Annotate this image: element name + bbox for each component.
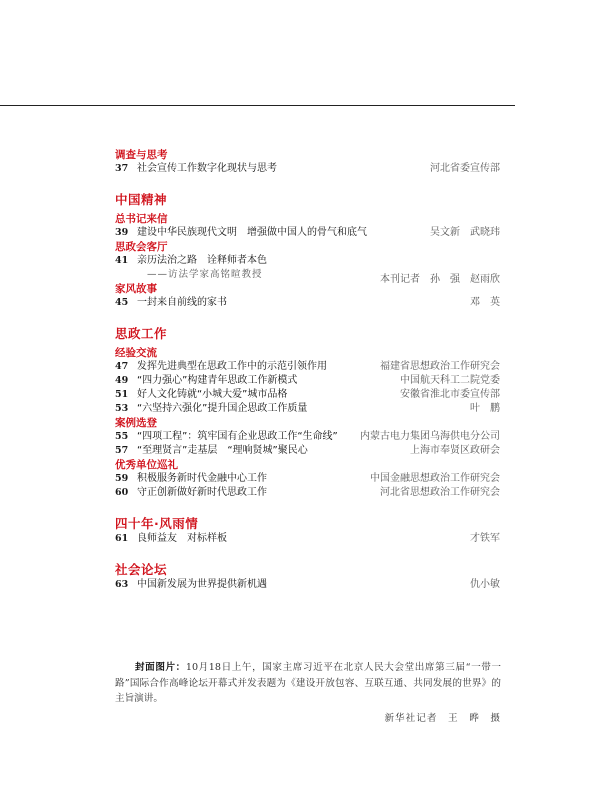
entry-author: 河北省委宣传部 — [430, 162, 500, 176]
page-number: 37 — [115, 162, 129, 176]
entry-author: 叶 鹏 — [470, 402, 500, 416]
page-number: 53 — [115, 402, 129, 416]
entry-title: 中国新发展为世界提供新机遇 — [137, 578, 267, 592]
entry-author: 仇小敏 — [470, 578, 500, 592]
toc-entry[interactable]: 39建设中华民族现代文明 增强做中国人的骨气和底气 吴文新 武晓玮 — [115, 226, 500, 240]
page-number: 55 — [115, 430, 129, 444]
section-heading-social-forum: 社会论坛 — [115, 562, 500, 578]
page-number: 45 — [115, 296, 129, 310]
subheading-letters: 总书记来信 — [115, 212, 500, 226]
subheading-cases: 案例选登 — [115, 416, 500, 430]
entry-author: 内蒙古电力集团乌海供电分公司 — [360, 430, 500, 444]
toc-entry[interactable]: 51好人文化铸就“小城大爱”城市品格 安徽省淮北市委宣传部 — [115, 388, 500, 402]
toc-entry-subtitle: ——访法学家高铭暄教授 本刊记者 孙 强 赵雨欣 — [115, 268, 500, 282]
page-number: 57 — [115, 444, 129, 458]
page-number: 63 — [115, 578, 129, 592]
toc-entry[interactable]: 63中国新发展为世界提供新机遇 仇小敏 — [115, 578, 500, 592]
entry-title: “六坚持六强化”提升国企思政工作质量 — [137, 402, 307, 416]
page-number: 61 — [115, 532, 129, 546]
entry-title: 积极服务新时代金融中心工作 — [137, 472, 267, 486]
top-rule — [0, 105, 515, 106]
entry-author: 上海市奉贤区政研会 — [410, 444, 500, 458]
toc-entry[interactable]: 53“六坚持六强化”提升国企思政工作质量 叶 鹏 — [115, 402, 500, 416]
page-number: 47 — [115, 360, 129, 374]
entry-title: “四项工程”：筑牢国有企业思政工作“生命线” — [137, 430, 338, 444]
subheading-excellent-units: 优秀单位巡礼 — [115, 458, 500, 472]
section-heading-forty-years: 四十年·风雨情 — [115, 516, 500, 532]
toc-entry[interactable]: 47发挥先进典型在思政工作中的示范引领作用 福建省思想政治工作研究会 — [115, 360, 500, 374]
toc-entry[interactable]: 60守正创新做好新时代思政工作 河北省思想政治工作研究会 — [115, 486, 500, 500]
entry-title: 好人文化铸就“小城大爱”城市品格 — [137, 388, 287, 402]
entry-title: 良师益友 对标样板 — [137, 532, 227, 546]
toc-entry[interactable]: 57“至理贤言”走基层 “理响贤城”聚民心 上海市奉贤区政研会 — [115, 444, 500, 458]
toc-entry[interactable]: 59积极服务新时代金融中心工作 中国金融思想政治工作研究会 — [115, 472, 500, 486]
entry-title: 社会宣传工作数字化现状与思考 — [137, 162, 277, 176]
page-number: 41 — [115, 254, 129, 268]
entry-title: 建设中华民族现代文明 增强做中国人的骨气和底气 — [137, 226, 367, 240]
toc-entry[interactable]: 41亲历法治之路 诠释师者本色 — [115, 254, 500, 268]
table-of-contents: 调查与思考 37社会宣传工作数字化现状与思考 河北省委宣传部 中国精神 总书记来… — [115, 148, 500, 592]
toc-entry[interactable]: 45一封来自前线的家书 邓 英 — [115, 296, 500, 310]
entry-author: 本刊记者 孙 强 赵雨欣 — [380, 273, 500, 287]
entry-title: 一封来自前线的家书 — [137, 296, 227, 310]
entry-author: 吴文新 武晓玮 — [430, 226, 500, 240]
entry-title: 守正创新做好新时代思政工作 — [137, 486, 267, 500]
entry-title: “至理贤言”走基层 “理响贤城”聚民心 — [137, 444, 308, 458]
section-heading-china-spirit: 中国精神 — [115, 192, 500, 208]
entry-author: 才铁军 — [470, 532, 500, 546]
page-number: 60 — [115, 486, 129, 500]
entry-subtitle: ——访法学家高铭暄教授 — [137, 268, 263, 282]
cover-label: 封面图片： — [135, 662, 186, 673]
toc-entry[interactable]: 55“四项工程”：筑牢国有企业思政工作“生命线” 内蒙古电力集团乌海供电分公司 — [115, 430, 500, 444]
page-number: 39 — [115, 226, 129, 240]
entry-author: 福建省思想政治工作研究会 — [380, 360, 500, 374]
subheading-experience: 经验交流 — [115, 346, 500, 360]
cover-caption: 封面图片：10月18日上午，国家主席习近平在北京人民大会堂出席第三届“一带一路”… — [115, 660, 501, 726]
entry-title: “四力强心”构建青年思政工作新模式 — [137, 374, 297, 388]
page-number: 49 — [115, 374, 129, 388]
entry-author: 安徽省淮北市委宣传部 — [400, 388, 500, 402]
entry-title: 发挥先进典型在思政工作中的示范引领作用 — [137, 360, 327, 374]
page-number: 59 — [115, 472, 129, 486]
entry-author: 中国金融思想政治工作研究会 — [370, 472, 500, 486]
entry-author: 邓 英 — [470, 296, 500, 310]
toc-entry[interactable]: 49“四力强心”构建青年思政工作新模式 中国航天科工二院党委 — [115, 374, 500, 388]
entry-author: 河北省思想政治工作研究会 — [380, 486, 500, 500]
toc-entry[interactable]: 61良师益友 对标样板 才铁军 — [115, 532, 500, 546]
photo-credit: 新华社记者 王 晔 摄 — [115, 711, 501, 727]
subheading-investigation: 调查与思考 — [115, 148, 500, 162]
entry-author: 中国航天科工二院党委 — [400, 374, 500, 388]
subheading-parlor: 思政会客厅 — [115, 240, 500, 254]
section-heading-ideological-work: 思政工作 — [115, 326, 500, 342]
toc-entry[interactable]: 37社会宣传工作数字化现状与思考 河北省委宣传部 — [115, 162, 500, 176]
page-number: 51 — [115, 388, 129, 402]
entry-title: 亲历法治之路 诠释师者本色 — [137, 254, 267, 268]
